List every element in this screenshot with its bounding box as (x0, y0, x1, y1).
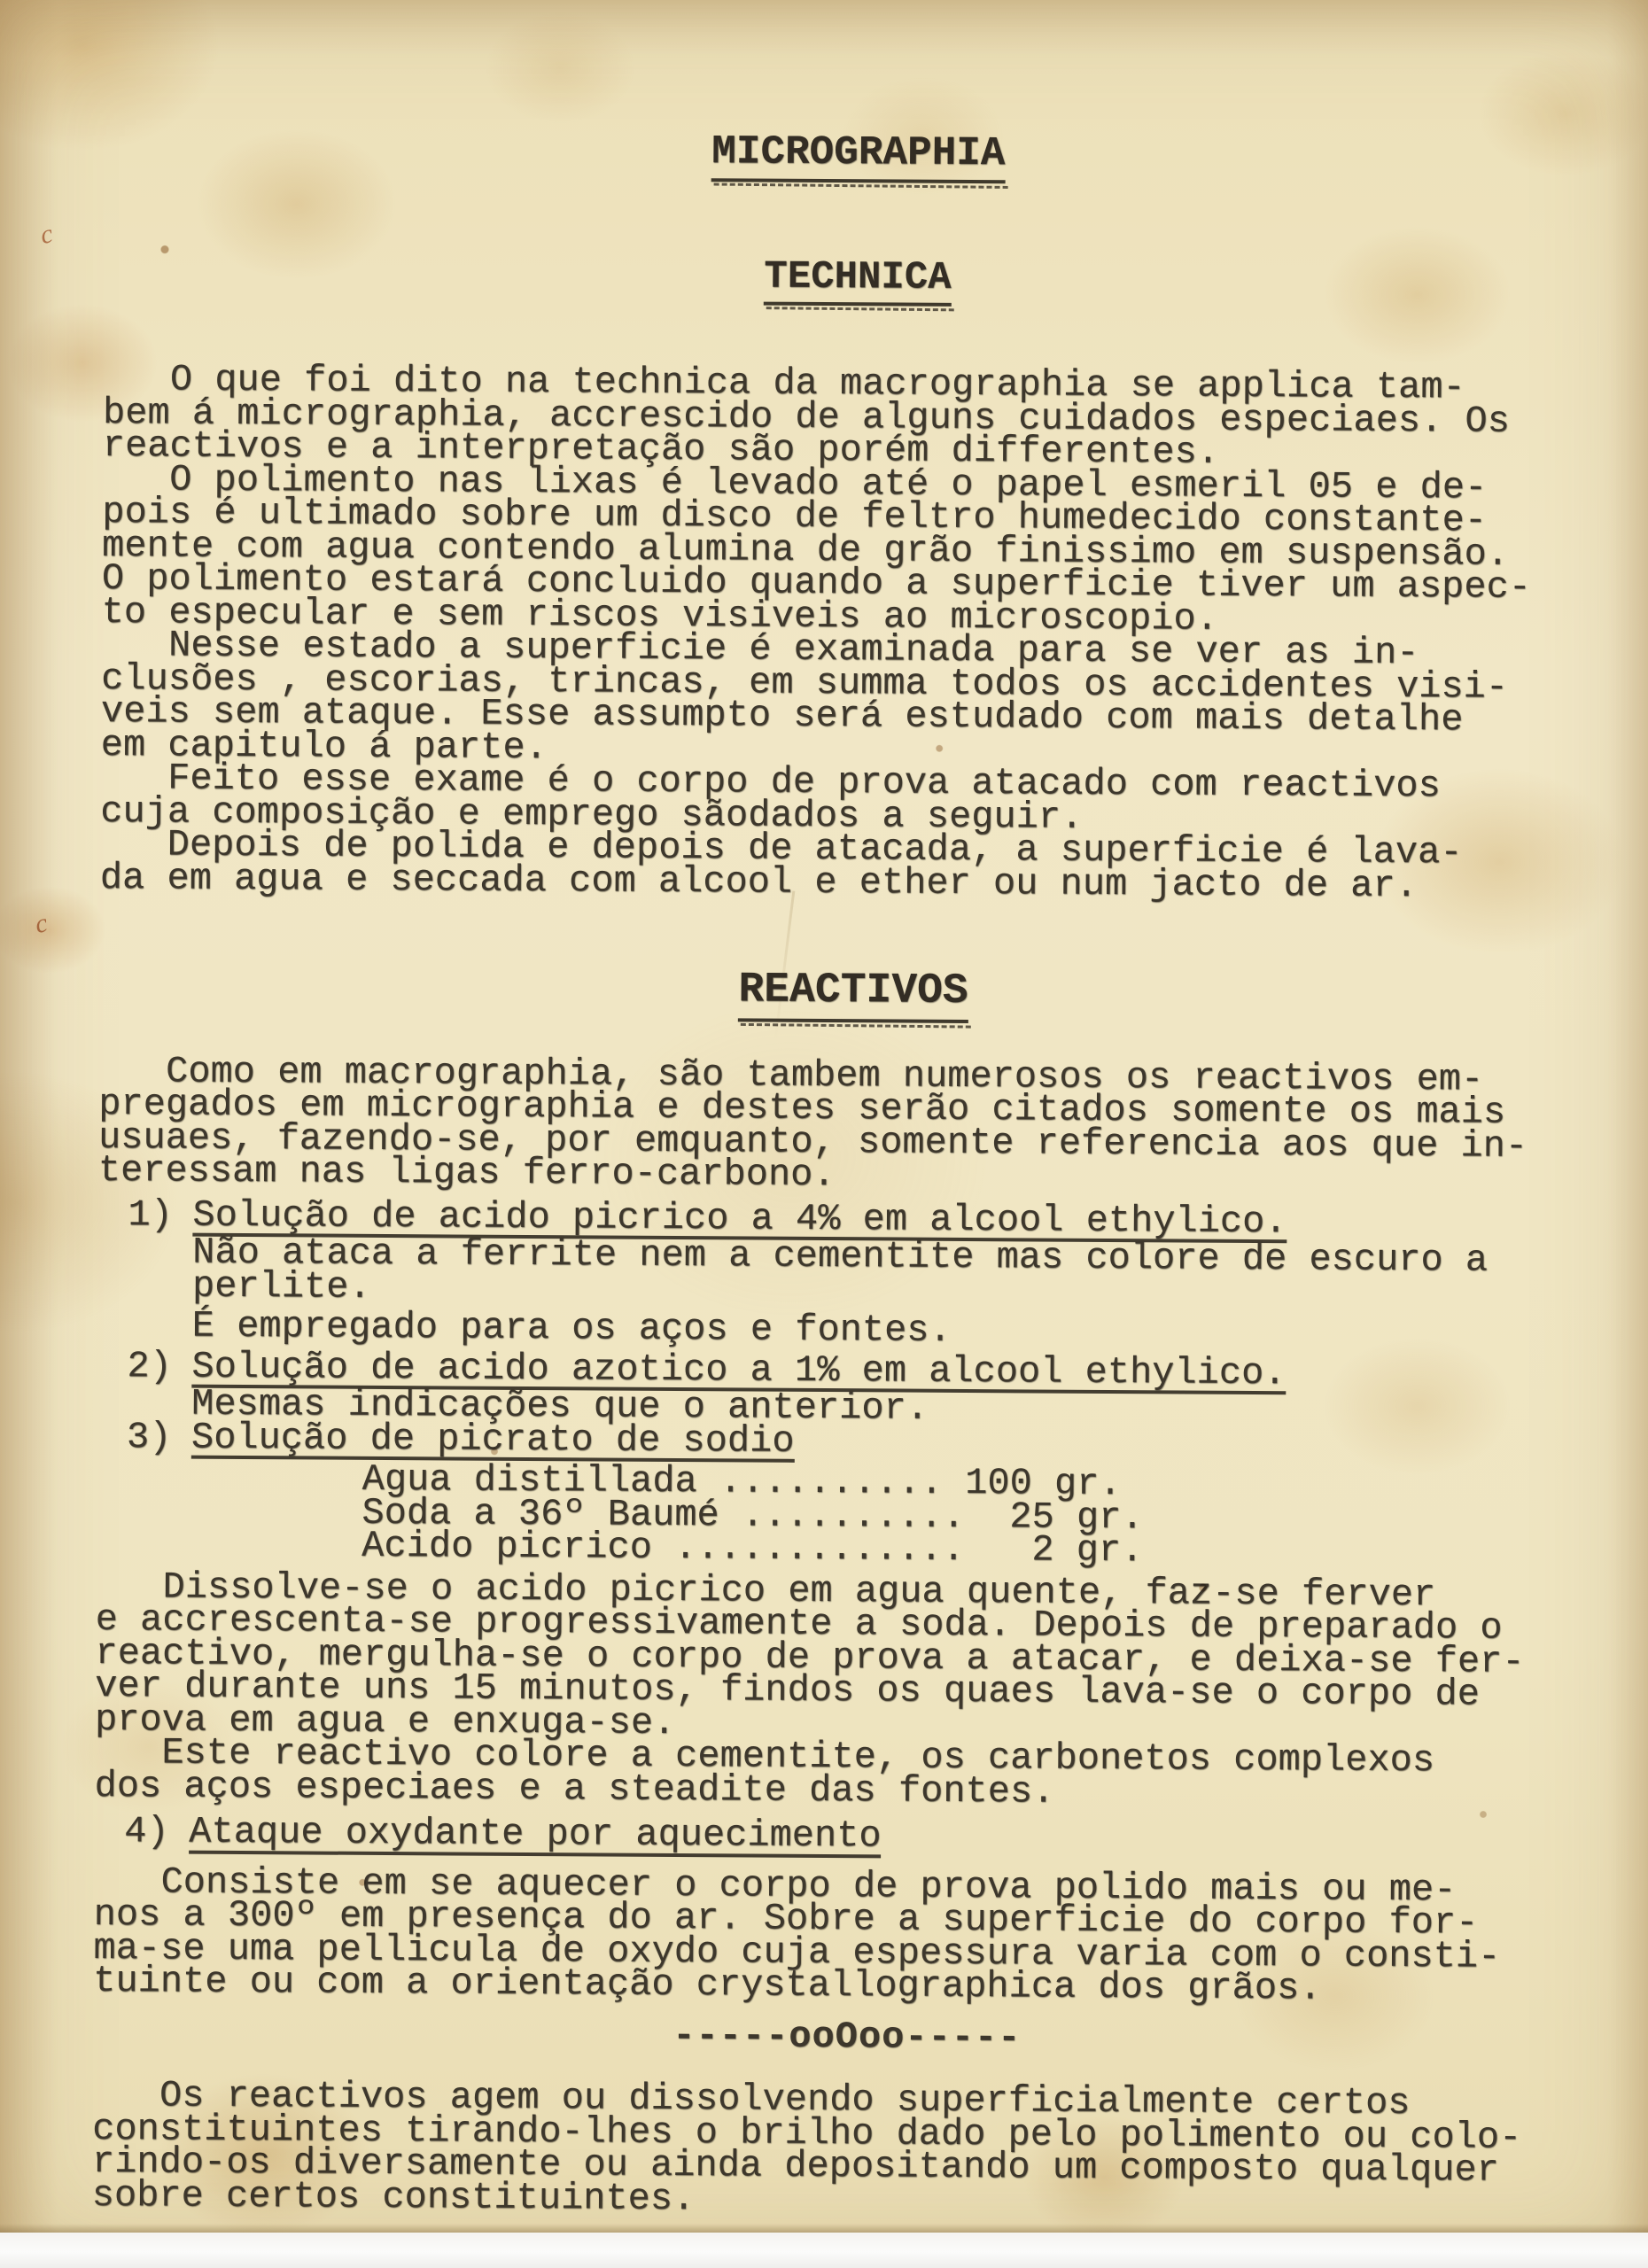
item-number: 1) (128, 1199, 173, 1232)
list-item-4: 4) Ataque oxydante por aquecimento (94, 1815, 1602, 1862)
list-item-3: 3) Solução de picrato de sodio Agua dist… (96, 1421, 1605, 1571)
item-title: Ataque oxydante por aquecimento (189, 1816, 882, 1858)
item-body-secondary: É empregado para os aços e fontes. (192, 1310, 1605, 1352)
paper-edge-shadow (0, 2224, 1648, 2233)
document-title-text: MICROGRAPHIA (711, 128, 1006, 183)
scan-bottom-strip (0, 2233, 1648, 2268)
item-title: Solução de picrato de sodio (191, 1421, 795, 1463)
recipe-table: Agua distillada .......... 100 gr. Soda … (361, 1464, 1605, 1571)
paragraph-dissolve: Dissolve-se o acido picrico em agua quen… (95, 1571, 1604, 1746)
item-number: 3) (127, 1421, 172, 1455)
item-number: 2) (127, 1350, 172, 1384)
section-divider: -----ooOoo----- (93, 2016, 1601, 2059)
document-title: MICROGRAPHIA (105, 125, 1613, 187)
paragraph-consiste: Consiste em se aquecer o corpo de prova … (93, 1866, 1602, 2008)
item-body: Não ataca a ferrite nem a cementite mas … (192, 1237, 1605, 1312)
scanned-document-page: c c MICROGRAPHIA TECHNICA O que foi dito… (0, 0, 1648, 2268)
closing-paragraph: Os reactivos agem ou dissolvendo superfi… (92, 2079, 1601, 2221)
technica-body: O que foi dito na technica da macrograph… (100, 364, 1612, 905)
section-heading-reactivos: REACTIVOS (99, 963, 1607, 1028)
reactivos-intro: Como em macrographia, são tambem numeros… (98, 1055, 1607, 1197)
section-heading-technica-text: TECHNICA (764, 254, 952, 307)
paragraph-este-reactivo: Este reactivo colore a cementite, os car… (94, 1736, 1602, 1812)
section-heading-reactivos-text: REACTIVOS (738, 967, 968, 1023)
list-item-1: 1) Solução de acido picrico a 4% em alco… (97, 1199, 1606, 1352)
section-heading-technica: TECHNICA (104, 251, 1612, 311)
item-number: 4) (124, 1815, 169, 1849)
typewritten-content: MICROGRAPHIA TECHNICA O que foi dito na … (0, 124, 1648, 2221)
